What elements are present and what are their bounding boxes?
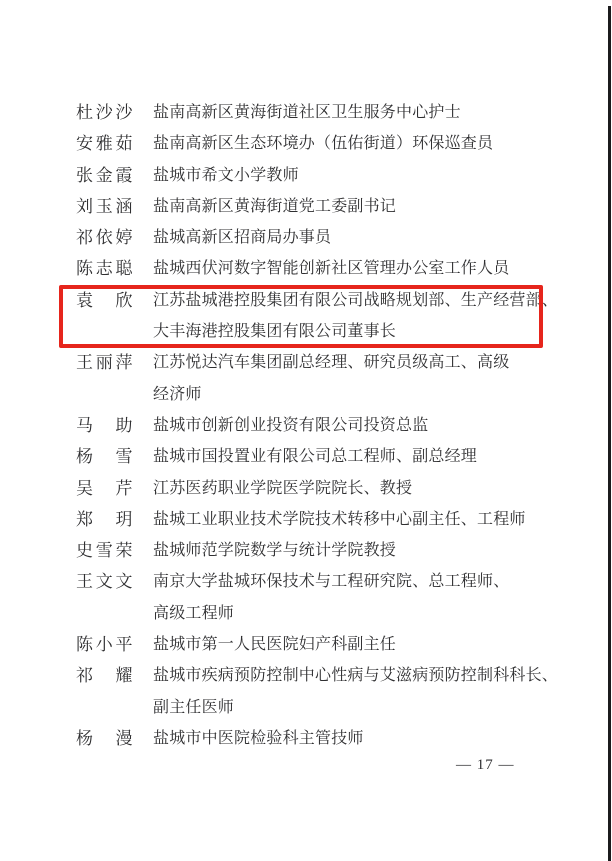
person-name: 杜沙沙 xyxy=(76,97,133,128)
personnel-roster: 杜沙沙 盐南高新区黄海街道社区卫生服务中心护士 安雅茹 盐南高新区生态环境办（伍… xyxy=(0,97,612,754)
person-title-line: 江苏盐城港控股集团有限公司战略规划部、生产经营部、 xyxy=(153,285,558,316)
document-page: 杜沙沙 盐南高新区黄海街道社区卫生服务中心护士 安雅茹 盐南高新区生态环境办（伍… xyxy=(0,0,612,861)
person-title: 盐城市第一人民医院妇产科副主任 xyxy=(153,629,396,660)
person-title: 江苏盐城港控股集团有限公司战略规划部、生产经营部、大丰海港控股集团有限公司董事长 xyxy=(153,285,558,348)
roster-entry: 马 助 盐城市创新创业投资有限公司投资总监 xyxy=(0,410,612,441)
person-name: 张金霞 xyxy=(76,160,133,191)
roster-entry: 陈小平 盐城市第一人民医院妇产科副主任 xyxy=(0,629,612,660)
person-title: 南京大学盐城环保技术与工程研究院、总工程师、高级工程师 xyxy=(153,566,509,629)
roster-entry: 吴 芹 江苏医药职业学院医学院院长、教授 xyxy=(0,473,612,504)
person-title-line: 副主任医师 xyxy=(153,692,558,723)
person-title-line: 盐城市中医院检验科主管技师 xyxy=(153,723,364,754)
roster-entry: 史雪荣 盐城师范学院数学与统计学院教授 xyxy=(0,535,612,566)
person-title-line: 盐南高新区黄海街道党工委副书记 xyxy=(153,191,396,222)
roster-entry: 杜沙沙 盐南高新区黄海街道社区卫生服务中心护士 xyxy=(0,97,612,128)
person-name: 吴 芹 xyxy=(76,473,133,504)
person-title-line: 盐城师范学院数学与统计学院教授 xyxy=(153,535,396,566)
person-title-line: 盐城市第一人民医院妇产科副主任 xyxy=(153,629,396,660)
person-title: 江苏悦达汽车集团副总经理、研究员级高工、高级经济师 xyxy=(153,347,509,410)
person-name: 刘玉涵 xyxy=(76,191,133,222)
person-name: 史雪荣 xyxy=(76,535,133,566)
person-title: 盐城高新区招商局办事员 xyxy=(153,222,331,253)
person-title: 盐城市国投置业有限公司总工程师、副总经理 xyxy=(153,441,477,472)
person-name: 王丽萍 xyxy=(76,347,133,378)
person-title-line: 盐城工业职业技术学院技术转移中心副主任、工程师 xyxy=(153,504,526,535)
roster-entry: 杨 漫 盐城市中医院检验科主管技师 xyxy=(0,723,612,754)
person-title-line: 盐城市疾病预防控制中心性病与艾滋病预防控制科科长、 xyxy=(153,660,558,691)
person-title-line: 经济师 xyxy=(153,379,509,410)
person-title: 盐城市希文小学教师 xyxy=(153,160,299,191)
person-name: 陈小平 xyxy=(76,629,133,660)
roster-entry: 安雅茹 盐南高新区生态环境办（伍佑街道）环保巡查员 xyxy=(0,128,612,159)
person-name: 祁依婷 xyxy=(76,222,133,253)
person-name: 杨 雪 xyxy=(76,441,133,472)
person-title-line: 高级工程师 xyxy=(153,598,509,629)
person-name: 祁 耀 xyxy=(76,660,133,691)
roster-entry: 郑 玥 盐城工业职业技术学院技术转移中心副主任、工程师 xyxy=(0,504,612,535)
person-title-line: 盐城高新区招商局办事员 xyxy=(153,222,331,253)
person-title-line: 大丰海港控股集团有限公司董事长 xyxy=(153,316,558,347)
person-title: 盐南高新区黄海街道党工委副书记 xyxy=(153,191,396,222)
roster-entry-highlighted: 袁 欣 江苏盐城港控股集团有限公司战略规划部、生产经营部、大丰海港控股集团有限公… xyxy=(0,285,612,348)
person-title: 江苏医药职业学院医学院院长、教授 xyxy=(153,473,412,504)
roster-entry: 陈志聪 盐城西伏河数字智能创新社区管理办公室工作人员 xyxy=(0,253,612,284)
person-name: 马 助 xyxy=(76,410,133,441)
person-title-line: 盐城西伏河数字智能创新社区管理办公室工作人员 xyxy=(153,253,509,284)
roster-entry: 刘玉涵 盐南高新区黄海街道党工委副书记 xyxy=(0,191,612,222)
person-title: 盐城工业职业技术学院技术转移中心副主任、工程师 xyxy=(153,504,526,535)
person-title-line: 南京大学盐城环保技术与工程研究院、总工程师、 xyxy=(153,566,509,597)
roster-entry: 王丽萍 江苏悦达汽车集团副总经理、研究员级高工、高级经济师 xyxy=(0,347,612,410)
person-name: 袁 欣 xyxy=(76,285,133,316)
person-title: 盐城市中医院检验科主管技师 xyxy=(153,723,364,754)
person-name: 郑 玥 xyxy=(76,504,133,535)
person-title-line: 江苏医药职业学院医学院院长、教授 xyxy=(153,473,412,504)
person-name: 安雅茹 xyxy=(76,128,133,159)
person-title-line: 盐城市创新创业投资有限公司投资总监 xyxy=(153,410,428,441)
person-title: 盐城师范学院数学与统计学院教授 xyxy=(153,535,396,566)
person-title-line: 盐南高新区黄海街道社区卫生服务中心护士 xyxy=(153,97,461,128)
person-title: 盐南高新区黄海街道社区卫生服务中心护士 xyxy=(153,97,461,128)
roster-entry: 祁依婷 盐城高新区招商局办事员 xyxy=(0,222,612,253)
person-title-line: 江苏悦达汽车集团副总经理、研究员级高工、高级 xyxy=(153,347,509,378)
page-number: — 17 — xyxy=(456,757,515,774)
person-name: 杨 漫 xyxy=(76,723,133,754)
person-title: 盐城西伏河数字智能创新社区管理办公室工作人员 xyxy=(153,253,509,284)
roster-entry: 杨 雪 盐城市国投置业有限公司总工程师、副总经理 xyxy=(0,441,612,472)
person-name: 陈志聪 xyxy=(76,253,133,284)
roster-entry: 王文文 南京大学盐城环保技术与工程研究院、总工程师、高级工程师 xyxy=(0,566,612,629)
person-title: 盐城市创新创业投资有限公司投资总监 xyxy=(153,410,428,441)
person-title-line: 盐城市国投置业有限公司总工程师、副总经理 xyxy=(153,441,477,472)
person-title: 盐城市疾病预防控制中心性病与艾滋病预防控制科科长、副主任医师 xyxy=(153,660,558,723)
person-name: 王文文 xyxy=(76,566,133,597)
roster-entry: 祁 耀 盐城市疾病预防控制中心性病与艾滋病预防控制科科长、副主任医师 xyxy=(0,660,612,723)
person-title-line: 盐南高新区生态环境办（伍佑街道）环保巡查员 xyxy=(153,128,493,159)
person-title: 盐南高新区生态环境办（伍佑街道）环保巡查员 xyxy=(153,128,493,159)
person-title-line: 盐城市希文小学教师 xyxy=(153,160,299,191)
roster-entry: 张金霞 盐城市希文小学教师 xyxy=(0,160,612,191)
